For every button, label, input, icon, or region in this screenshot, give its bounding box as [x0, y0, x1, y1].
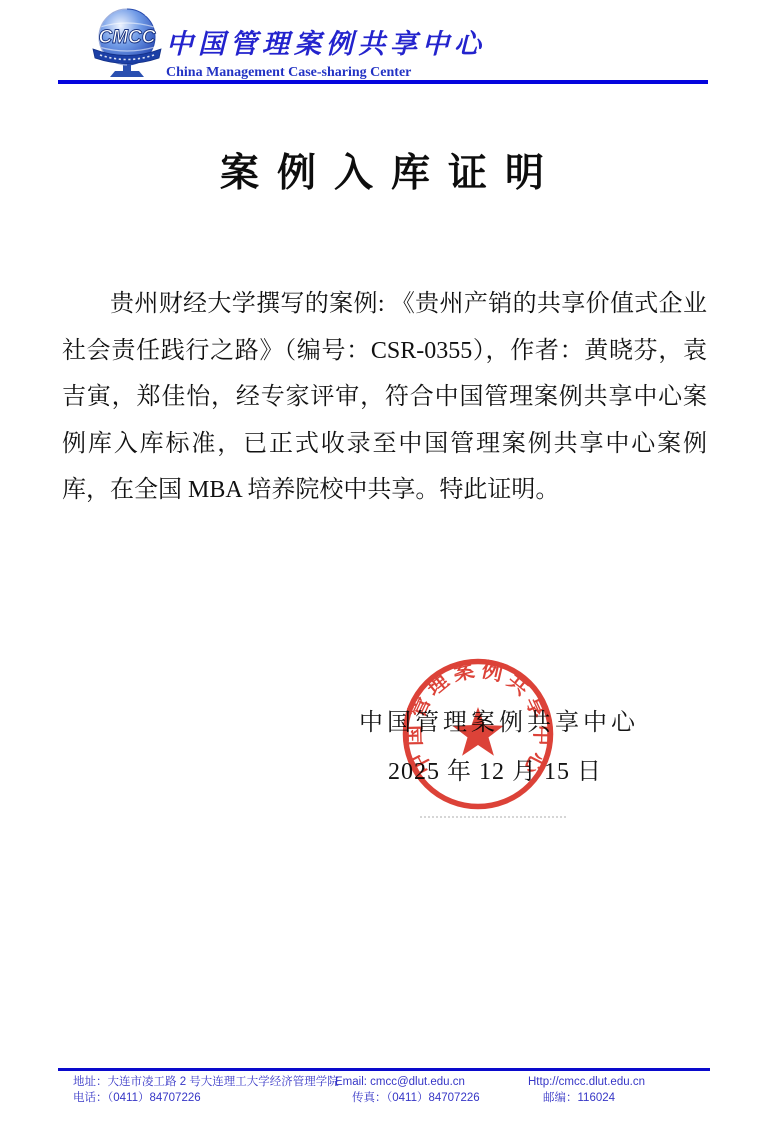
footer-column-address: 地址：大连市凌工路 2 号大连理工大学经济管理学院 电话：（0411）84707…: [73, 1074, 339, 1106]
footer-postcode: 邮编：116024: [528, 1090, 645, 1106]
certificate-body-paragraph: 贵州财经大学撰写的案例: 《贵州产销的共享价值式企业社会责任践行之路》（编号：C…: [62, 281, 707, 514]
org-name-chinese: 中国管理案例共享中心: [166, 22, 486, 61]
footer-column-email: Email: cmcc@dlut.edu.cn 传真：（0411）8470722…: [335, 1074, 480, 1106]
logo-acronym: CMCC: [99, 27, 156, 48]
org-name-block: 中国管理案例共享中心 China Management Case-sharing…: [166, 22, 486, 81]
certificate-title: 案例入库证明: [0, 142, 764, 198]
org-name-english: China Management Case-sharing Center: [166, 65, 486, 81]
footer-phone: 电话：（0411）84707226: [73, 1090, 339, 1106]
footer-address: 地址：大连市凌工路 2 号大连理工大学经济管理学院: [73, 1074, 339, 1090]
seal-star-icon: [452, 707, 503, 756]
header-divider: [58, 80, 708, 84]
footer-divider: [58, 1068, 710, 1071]
footer-column-web: Http://cmcc.dlut.edu.cn 邮编：116024: [528, 1074, 645, 1106]
footer-email: Email: cmcc@dlut.edu.cn: [335, 1074, 480, 1090]
seal-scan-edge-dots: [420, 814, 566, 818]
logo-base: [110, 71, 144, 77]
official-seal-stamp: 中国管理案例共享中心: [393, 649, 563, 819]
certificate-page: CMCC 中国管理案例共享中心 China Management Case-sh…: [0, 0, 764, 1136]
footer-fax: 传真：（0411）84707226: [335, 1090, 480, 1106]
footer-website: Http://cmcc.dlut.edu.cn: [528, 1074, 645, 1090]
header: CMCC 中国管理案例共享中心 China Management Case-sh…: [0, 0, 764, 80]
